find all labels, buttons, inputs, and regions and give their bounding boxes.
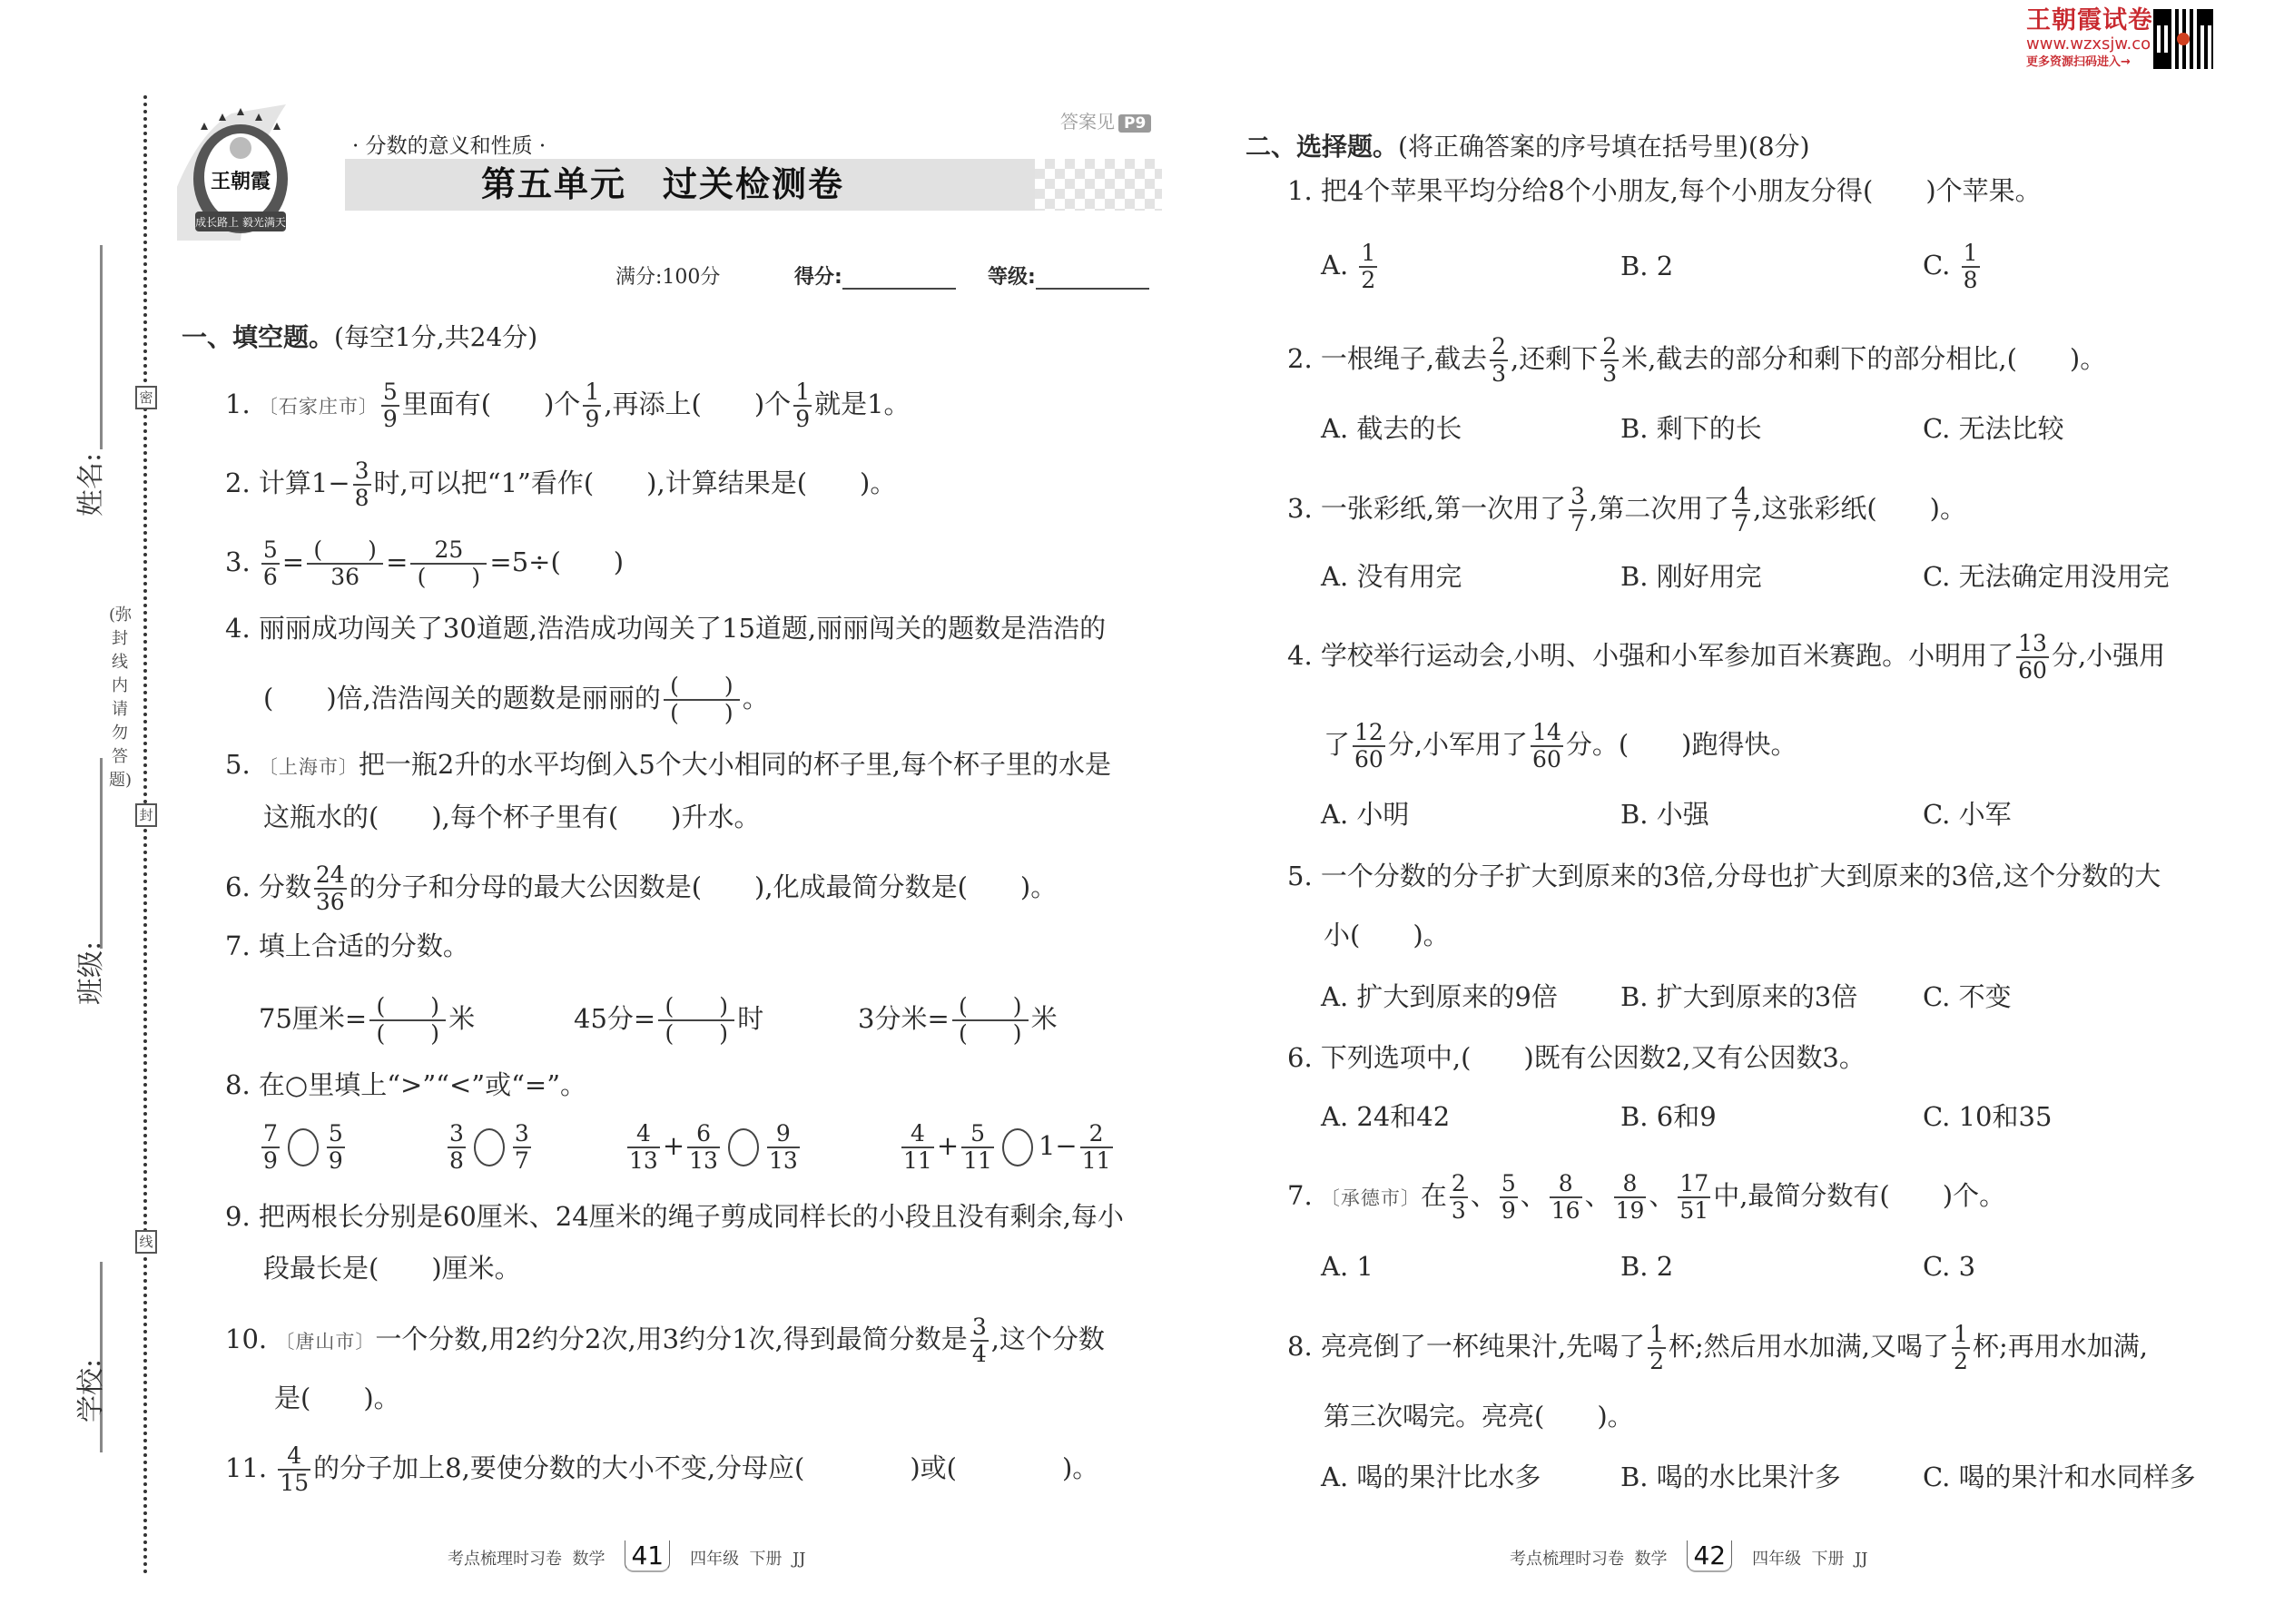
- fraction: 23: [1600, 334, 1619, 387]
- denominator: 9: [583, 407, 601, 432]
- q-text: 学校举行运动会,小明、小强和小军参加百米赛跑。小明用了: [1321, 640, 2013, 671]
- fraction: 12: [1952, 1322, 1970, 1374]
- option-text: 无法比较: [1959, 413, 2064, 444]
- denominator: 2: [1648, 1349, 1666, 1374]
- s2-q2-option-a[interactable]: A. 截去的长: [1321, 410, 1462, 447]
- separator: 、: [1471, 1180, 1497, 1211]
- q-text: ,这个分数: [991, 1324, 1105, 1354]
- q-text: 分。( )跑得快。: [1566, 729, 1797, 760]
- denominator: 60: [1353, 747, 1385, 773]
- fraction: 59: [327, 1121, 345, 1174]
- numerator: 8: [1621, 1171, 1639, 1196]
- fraction: 19: [583, 379, 601, 432]
- numerator: 2: [1450, 1171, 1468, 1196]
- option-text: 小强: [1657, 799, 1709, 830]
- fraction: 211: [1080, 1121, 1113, 1174]
- footer-right: 考点梳理时习卷 数学42四年级 下册 JJ: [1510, 1540, 1867, 1572]
- numerator: 4: [285, 1443, 303, 1469]
- fraction: 819: [1614, 1171, 1647, 1224]
- s1-question-8: 8. 在○里填上“>”“<”或“=”。: [225, 1067, 586, 1103]
- option-label: C.: [1923, 1251, 1950, 1282]
- q-text: 了: [1324, 729, 1350, 760]
- fraction-blank[interactable]: ( )36: [307, 537, 383, 590]
- option-label: A.: [1321, 1462, 1348, 1492]
- operator: +: [937, 1130, 959, 1161]
- denominator: 16: [1550, 1198, 1582, 1224]
- q-text: 在○里填上“>”“<”或“=”。: [259, 1069, 586, 1100]
- numerator: 4: [635, 1121, 653, 1147]
- s1-q7-item-2: 45分=( )( )时: [574, 994, 763, 1047]
- option-label: B.: [1620, 251, 1649, 281]
- score-field: 得分:: [794, 261, 956, 290]
- option-text: 24和42: [1356, 1101, 1450, 1132]
- s2-question-1: 1. 把4个苹果平均分给8个小朋友,每个小朋友分得( )个苹果。: [1287, 172, 2042, 209]
- footer-series: 考点梳理时习卷: [448, 1550, 562, 1569]
- option-text: 小明: [1356, 799, 1409, 830]
- option-text: 小军: [1959, 799, 2012, 830]
- unit: 米: [1031, 1003, 1058, 1034]
- numerator: 3: [970, 1314, 989, 1340]
- numerator: 1: [793, 379, 812, 405]
- s2-q1-option-c[interactable]: C. 18: [1923, 241, 1983, 293]
- school-field-line[interactable]: [100, 1262, 103, 1452]
- q-city-tag: 〔承德市〕: [1321, 1187, 1421, 1209]
- s2-question-8: 8. 亮亮倒了一杯纯果汁,先喝了12杯;然后用水加满,又喝了12杯;再用水加满,: [1287, 1322, 2148, 1374]
- q-text: ,第二次用了: [1590, 493, 1729, 524]
- footer-grade: 四年级: [1752, 1550, 1801, 1569]
- option-text: 截去的长: [1356, 413, 1462, 444]
- q-text: 就是1。: [814, 389, 910, 419]
- q-text: ,再添上( )个: [604, 389, 791, 419]
- s2-q5-option-a[interactable]: A. 扩大到原来的9倍: [1321, 979, 1558, 1015]
- fraction: 816: [1550, 1171, 1582, 1224]
- numerator: ( ): [664, 674, 740, 699]
- s2-q7-option-c[interactable]: C. 3: [1923, 1248, 1975, 1284]
- fraction: 12: [1359, 241, 1377, 293]
- option-text: 喝的水比果汁多: [1657, 1462, 1841, 1492]
- s2-q1-option-a[interactable]: A. 12: [1321, 241, 1380, 293]
- numerator: 17: [1678, 1171, 1710, 1196]
- s1-question-5-line2: 这瓶水的( ),每个杯子里有( )升水。: [263, 799, 760, 835]
- compare-circle-input[interactable]: [474, 1128, 505, 1166]
- denominator: 13: [627, 1148, 660, 1174]
- fraction-blank[interactable]: ( )( ): [952, 994, 1029, 1047]
- numerator: 8: [1557, 1171, 1575, 1196]
- qr-code-icon[interactable]: [2153, 9, 2213, 69]
- unit-subtitle: · 分数的意义和性质 ·: [352, 129, 546, 159]
- option-text: 不变: [1959, 981, 2012, 1012]
- fraction: 913: [767, 1121, 800, 1174]
- q-num: 7.: [1287, 1180, 1313, 1211]
- denominator: 8: [448, 1148, 466, 1174]
- fraction: 2436: [314, 862, 347, 915]
- grade-input[interactable]: [1036, 268, 1149, 290]
- denominator: 9: [793, 407, 812, 432]
- option-label: A.: [1321, 1101, 1348, 1132]
- s2-q7-option-b[interactable]: B. 2: [1620, 1248, 1673, 1284]
- numerator: 3: [513, 1121, 531, 1147]
- q-num: 8.: [1287, 1331, 1313, 1362]
- fraction: 38: [448, 1121, 466, 1174]
- numerator: 1: [1359, 241, 1377, 266]
- denominator: 3: [1450, 1198, 1468, 1224]
- q-num: 10.: [225, 1324, 267, 1354]
- denominator: 4: [970, 1342, 989, 1367]
- section2-note: (将正确答案的序号填在括号里)(8分): [1398, 132, 1810, 162]
- s1-question-1: 1. 〔石家庄市〕59里面有( )个19,再添上( )个19就是1。: [225, 379, 911, 432]
- footer-left: 考点梳理时习卷 数学41四年级 下册 JJ: [448, 1540, 805, 1572]
- numerator: 7: [261, 1121, 280, 1147]
- s2-q4-option-c[interactable]: C. 小军: [1923, 796, 2012, 832]
- q-num: 2.: [1287, 343, 1313, 374]
- s2-question-6: 6. 下列选项中,( )既有公因数2,又有公因数3。: [1287, 1039, 1866, 1076]
- section1-title: 一、填空题。: [182, 322, 334, 352]
- denominator: ( ): [664, 701, 740, 726]
- option-text: 3: [1959, 1251, 1975, 1282]
- s2-q4-option-b[interactable]: B. 小强: [1620, 796, 1709, 832]
- q-text: 。: [743, 683, 769, 714]
- q-text: 3分米=: [858, 1003, 950, 1034]
- equals: =: [282, 546, 304, 577]
- s2-q3-option-c[interactable]: C. 无法确定用没用完: [1923, 558, 2170, 595]
- denominator: 60: [2016, 658, 2049, 684]
- denominator: ( ): [410, 565, 487, 590]
- q-text: 杯;然后用水加满,又喝了: [1669, 1331, 1949, 1362]
- option-label: B.: [1620, 413, 1649, 444]
- footer-subject: 数学: [1634, 1550, 1667, 1569]
- q-num: 1.: [1287, 175, 1313, 206]
- score-label: 得分:: [794, 266, 842, 289]
- s1-question-4: 4. 丽丽成功闯关了30道题,浩浩成功闯关了15道题,丽丽闯关的题数是浩浩的: [225, 610, 1106, 646]
- s2-q3-option-a[interactable]: A. 没有用完: [1321, 558, 1462, 595]
- fraction: 37: [1569, 484, 1587, 536]
- q-text: 把4个苹果平均分给8个小朋友,每个小朋友分得( )个苹果。: [1321, 175, 2042, 206]
- fraction: 613: [687, 1121, 720, 1174]
- numerator: 2: [1600, 334, 1619, 359]
- s2-q6-option-c[interactable]: C. 10和35: [1923, 1098, 2052, 1135]
- unit: 时: [737, 1003, 763, 1034]
- svg-text:王朝霞: 王朝霞: [211, 170, 271, 193]
- s1-question-11: 11. 415的分子加上8,要使分数的大小不变,分母应( )或( )。: [225, 1443, 1098, 1496]
- q-text: 的分子和分母的最大公因数是( ),化成最简分数是( )。: [350, 871, 1057, 902]
- separator: 、: [1585, 1180, 1611, 1211]
- footer-volume: 下册: [750, 1550, 783, 1569]
- section1-note: (每空1分,共24分): [334, 322, 537, 352]
- numerator: 6: [694, 1121, 713, 1147]
- q-text: 在: [1421, 1180, 1447, 1211]
- s2-question-5-line2: 小( )。: [1324, 917, 1450, 953]
- s2-q5-option-c[interactable]: C. 不变: [1923, 979, 2012, 1015]
- banner-checker-fade: [1035, 159, 1162, 211]
- numerator: 1: [1648, 1322, 1666, 1347]
- s2-q3-option-b[interactable]: B. 刚好用完: [1620, 558, 1762, 595]
- denominator: 13: [687, 1148, 720, 1174]
- numerator: ( ): [952, 994, 1029, 1019]
- s1-question-9: 9. 把两根长分别是60厘米、24厘米的绳子剪成同样长的小段且没有剩余,每小: [225, 1198, 1124, 1235]
- numerator: ( ): [658, 994, 734, 1019]
- q-num: 1.: [225, 389, 251, 419]
- option-text: 1: [1356, 1251, 1373, 1282]
- fraction: 12: [1648, 1322, 1666, 1374]
- option-label: B.: [1620, 799, 1649, 830]
- numerator: 3: [1569, 484, 1587, 509]
- option-text: 2: [1657, 1251, 1673, 1282]
- q-text: ,这张彩纸( )。: [1753, 493, 1966, 524]
- q-num: 8.: [225, 1069, 251, 1100]
- option-label: A.: [1321, 561, 1348, 592]
- q-text: 中,最简分数有( )个。: [1713, 1180, 2005, 1211]
- s2-question-2: 2. 一根绳子,截去23,还剩下23米,截去的部分和剩下的部分相比,( )。: [1287, 334, 2106, 387]
- denominator: 19: [1614, 1198, 1647, 1224]
- seal-mark-feng: 封: [135, 803, 157, 827]
- option-label: C.: [1923, 981, 1950, 1012]
- q-city-tag: 〔石家庄市〕: [259, 396, 379, 418]
- option-label: C.: [1923, 561, 1950, 592]
- option-text: 刚好用完: [1657, 561, 1762, 592]
- s2-question-8-line2: 第三次喝完。亮亮( )。: [1324, 1398, 1634, 1434]
- q-text: 杯;再用水加满,: [1973, 1331, 2148, 1362]
- q-num: 4.: [225, 613, 251, 644]
- q-num: 9.: [225, 1201, 251, 1232]
- denominator: 7: [1732, 511, 1750, 536]
- denominator: 8: [353, 486, 371, 511]
- s2-question-7: 7. 〔承德市〕在23、59、816、819、1751中,最简分数有( )个。: [1287, 1171, 2005, 1224]
- q-text: 填上合适的分数。: [259, 930, 469, 961]
- s1-question-2: 2. 计算1−38时,可以把“1”看作( ),计算结果是( )。: [225, 458, 896, 511]
- q-text: 一个分数的分子扩大到原来的3倍,分母也扩大到原来的3倍,这个分数的大: [1321, 861, 2161, 891]
- option-text: 扩大到原来的9倍: [1356, 981, 1557, 1012]
- q-text: 的分子加上8,要使分数的大小不变,分母应( )或( )。: [313, 1452, 1098, 1483]
- q-text: 计算1−: [259, 468, 350, 498]
- fraction: 1360: [2016, 631, 2049, 684]
- s2-q2-option-b[interactable]: B. 剩下的长: [1620, 410, 1762, 447]
- q-text: 把一瓶2升的水平均倒入5个大小相同的杯子里,每个杯子里的水是: [359, 749, 1111, 780]
- denominator: 3: [1490, 361, 1508, 387]
- option-text: 无法确定用没用完: [1959, 561, 2170, 592]
- equals: =: [386, 546, 408, 577]
- denominator: 3: [1600, 361, 1619, 387]
- option-label: B.: [1620, 561, 1649, 592]
- s1-q7-item-1: 75厘米=( )( )米: [259, 994, 475, 1047]
- option-text: 10和35: [1959, 1101, 2053, 1132]
- numerator: 3: [448, 1121, 466, 1147]
- separator: 、: [1649, 1180, 1675, 1211]
- s1-question-9-line2: 段最长是( )厘米。: [263, 1250, 521, 1286]
- fraction: 413: [627, 1121, 660, 1174]
- denominator: 36: [314, 890, 347, 915]
- denominator: 2: [1952, 1349, 1970, 1374]
- option-label: C.: [1923, 1462, 1950, 1492]
- q-num: 6.: [225, 871, 251, 902]
- compare-circle-input[interactable]: [288, 1128, 319, 1166]
- s2-q5-option-b[interactable]: B. 扩大到原来的3倍: [1620, 979, 1857, 1015]
- numerator: 5: [381, 379, 399, 405]
- q-city-tag: 〔唐山市〕: [275, 1331, 375, 1353]
- option-text: 扩大到原来的3倍: [1657, 981, 1857, 1012]
- fraction: 1460: [1531, 720, 1563, 773]
- q-num: 7.: [225, 930, 251, 961]
- numerator: 1: [1962, 241, 1980, 266]
- school-label: 学校:: [68, 1359, 108, 1422]
- s1-q7-item-3: 3分米=( )( )米: [858, 994, 1058, 1047]
- seal-mark-xian: 线: [135, 1230, 157, 1254]
- option-text: 没有用完: [1356, 561, 1462, 592]
- s1-question-6: 6. 分数2436的分子和分母的最大公因数是( ),化成最简分数是( )。: [225, 862, 1057, 915]
- answer-page-badge: P9: [1118, 114, 1151, 133]
- q-num: 5.: [225, 749, 251, 780]
- class-field-line[interactable]: [100, 758, 103, 949]
- numerator: 1: [1952, 1322, 1970, 1347]
- denominator: 60: [1531, 747, 1563, 773]
- q-city-tag: 〔上海市〕: [259, 756, 359, 778]
- numerator: 4: [909, 1121, 927, 1147]
- compare-circle-input[interactable]: [1002, 1128, 1033, 1166]
- option-text: 2: [1657, 251, 1673, 281]
- denominator: 2: [1359, 268, 1377, 293]
- seal-note: (弥封线内请勿答题): [109, 604, 131, 792]
- s2-q8-option-c[interactable]: C. 喝的果汁和水同样多: [1923, 1459, 2196, 1495]
- page-number: 41: [625, 1540, 670, 1572]
- fraction: 1751: [1678, 1171, 1710, 1224]
- numerator: 13: [2016, 631, 2049, 656]
- s2-q4-option-a[interactable]: A. 小明: [1321, 796, 1409, 832]
- seal-mark-mi: 密: [135, 386, 157, 409]
- numerator: 3: [353, 458, 371, 484]
- s1-q8-compare-2: 3837: [445, 1121, 534, 1174]
- s2-q1-option-b[interactable]: B. 2: [1620, 248, 1673, 284]
- q-text: 一个分数,用2约分2次,用3约分1次,得到最简分数是: [375, 1324, 967, 1354]
- q-text: 45分=: [574, 1003, 655, 1034]
- s2-q8-option-b[interactable]: B. 喝的水比果汁多: [1620, 1459, 1841, 1495]
- q-num: 6.: [1287, 1042, 1313, 1073]
- fraction: 18: [1962, 241, 1980, 293]
- fraction: 38: [353, 458, 371, 511]
- grade-label: 等级:: [988, 266, 1036, 289]
- denominator: 9: [261, 1148, 280, 1174]
- unit: 米: [448, 1003, 475, 1034]
- grade-field: 等级:: [988, 261, 1149, 290]
- fraction: 415: [278, 1443, 310, 1496]
- denominator: 11: [1080, 1148, 1113, 1174]
- fraction: 34: [970, 1314, 989, 1367]
- fraction: 79: [261, 1121, 280, 1174]
- name-field-line[interactable]: [100, 245, 103, 449]
- option-label: A.: [1321, 799, 1348, 830]
- numerator: 12: [1353, 720, 1385, 745]
- answer-ref-label: 答案见: [1060, 111, 1115, 133]
- fraction: 23: [1490, 334, 1508, 387]
- s2-q6-option-a[interactable]: A. 24和42: [1321, 1098, 1450, 1135]
- numerator: 9: [774, 1121, 793, 1147]
- option-label: A.: [1321, 981, 1348, 1012]
- q-text: =5÷( ): [489, 546, 624, 577]
- q-num: 2.: [225, 468, 251, 498]
- denominator: 11: [961, 1148, 994, 1174]
- denominator: 7: [513, 1148, 531, 1174]
- q-text: 一根绳子,截去: [1321, 343, 1487, 374]
- option-label: A.: [1321, 250, 1348, 281]
- numerator: 2: [1490, 334, 1508, 359]
- numerator: ( ): [369, 994, 446, 1019]
- s2-q8-option-a[interactable]: A. 喝的果汁比水多: [1321, 1459, 1541, 1495]
- svg-text:成长路上 毅光满天: 成长路上 毅光满天: [195, 215, 286, 229]
- section2-title: 二、选择题。: [1245, 132, 1398, 162]
- numerator: 14: [1531, 720, 1563, 745]
- denominator: 15: [278, 1471, 310, 1496]
- denominator: 7: [1569, 511, 1587, 536]
- option-text: 6和9: [1657, 1101, 1717, 1132]
- s1-question-3: 3. 56=( )36=25( )=5÷( ): [225, 537, 624, 590]
- denominator: ( ): [369, 1021, 446, 1047]
- option-label: B.: [1620, 1101, 1649, 1132]
- page-title: 第五单元 过关检测卷: [481, 160, 844, 210]
- q-text: 亮亮倒了一杯纯果汁,先喝了: [1321, 1331, 1645, 1362]
- option-text: 喝的果汁比水多: [1356, 1462, 1541, 1492]
- fraction-blank[interactable]: ( )( ): [658, 994, 734, 1047]
- score-input[interactable]: [842, 268, 956, 290]
- option-label: C.: [1923, 250, 1950, 281]
- denominator: 9: [1500, 1198, 1518, 1224]
- s2-q6-option-b[interactable]: B. 6和9: [1620, 1098, 1717, 1135]
- option-label: C.: [1923, 413, 1950, 444]
- q-text: 时,可以把“1”看作( ),计算结果是( )。: [374, 468, 897, 498]
- class-label: 班级:: [68, 941, 108, 1005]
- denominator: 11: [901, 1148, 934, 1174]
- s1-question-4-line2: ( )倍,浩浩闯关的题数是丽丽的( )( )。: [263, 674, 769, 726]
- q-num: 11.: [225, 1452, 267, 1483]
- numerator: 5: [327, 1121, 345, 1147]
- s1-question-5: 5. 〔上海市〕把一瓶2升的水平均倒入5个大小相同的杯子里,每个杯子里的水是: [225, 746, 1111, 785]
- denominator: ( ): [658, 1021, 734, 1047]
- section1-heading: 一、填空题。(每空1分,共24分): [182, 318, 537, 354]
- denominator: 9: [381, 407, 399, 432]
- fraction: 411: [901, 1121, 934, 1174]
- option-label: C.: [1923, 1101, 1950, 1132]
- q-text: 里面有( )个: [402, 389, 581, 419]
- operator: +: [663, 1130, 684, 1161]
- s1-q8-compare-3: 413+613913: [625, 1121, 802, 1174]
- s1-question-10: 10. 〔唐山市〕一个分数,用2约分2次,用3约分1次,得到最简分数是34,这个…: [225, 1314, 1105, 1367]
- q-text: 丽丽成功闯关了30道题,浩浩成功闯关了15道题,丽丽闯关的题数是浩浩的: [259, 613, 1106, 644]
- fraction: 56: [261, 537, 280, 590]
- option-text: 剩下的长: [1657, 413, 1762, 444]
- full-score: 满分:100分: [615, 261, 720, 290]
- s2-question-3: 3. 一张彩纸,第一次用了37,第二次用了47,这张彩纸( )。: [1287, 484, 1966, 536]
- s2-q7-option-a[interactable]: A. 1: [1321, 1248, 1373, 1284]
- option-label: A.: [1321, 413, 1348, 444]
- q-num: 5.: [1287, 861, 1313, 891]
- denominator: 51: [1678, 1198, 1710, 1224]
- denominator: 9: [327, 1148, 345, 1174]
- s1-q8-compare-1: 7959: [259, 1121, 348, 1174]
- q-text: ( )倍,浩浩闯关的题数是丽丽的: [263, 683, 661, 714]
- denominator: 8: [1962, 268, 1980, 293]
- q-text: 把两根长分别是60厘米、24厘米的绳子剪成同样长的小段且没有剩余,每小: [259, 1201, 1124, 1232]
- fraction-blank[interactable]: ( )( ): [664, 674, 740, 726]
- brand-logo-icon: 王朝霞 成长路上 毅光满天: [177, 104, 304, 241]
- fraction-blank[interactable]: ( )( ): [369, 994, 446, 1047]
- s2-q2-option-c[interactable]: C. 无法比较: [1923, 410, 2064, 447]
- compare-circle-input[interactable]: [728, 1128, 759, 1166]
- fraction: 23: [1450, 1171, 1468, 1224]
- s2-question-4-line2: 了1260分,小军用了1460分。( )跑得快。: [1324, 720, 1797, 773]
- footer-series: 考点梳理时习卷: [1510, 1550, 1624, 1569]
- q-text: ,还剩下: [1511, 343, 1598, 374]
- fraction-blank[interactable]: 25( ): [410, 537, 487, 590]
- q-text: 75厘米=: [259, 1003, 367, 1034]
- numerator: ( ): [307, 537, 383, 563]
- option-text: 喝的果汁和水同样多: [1959, 1462, 2196, 1492]
